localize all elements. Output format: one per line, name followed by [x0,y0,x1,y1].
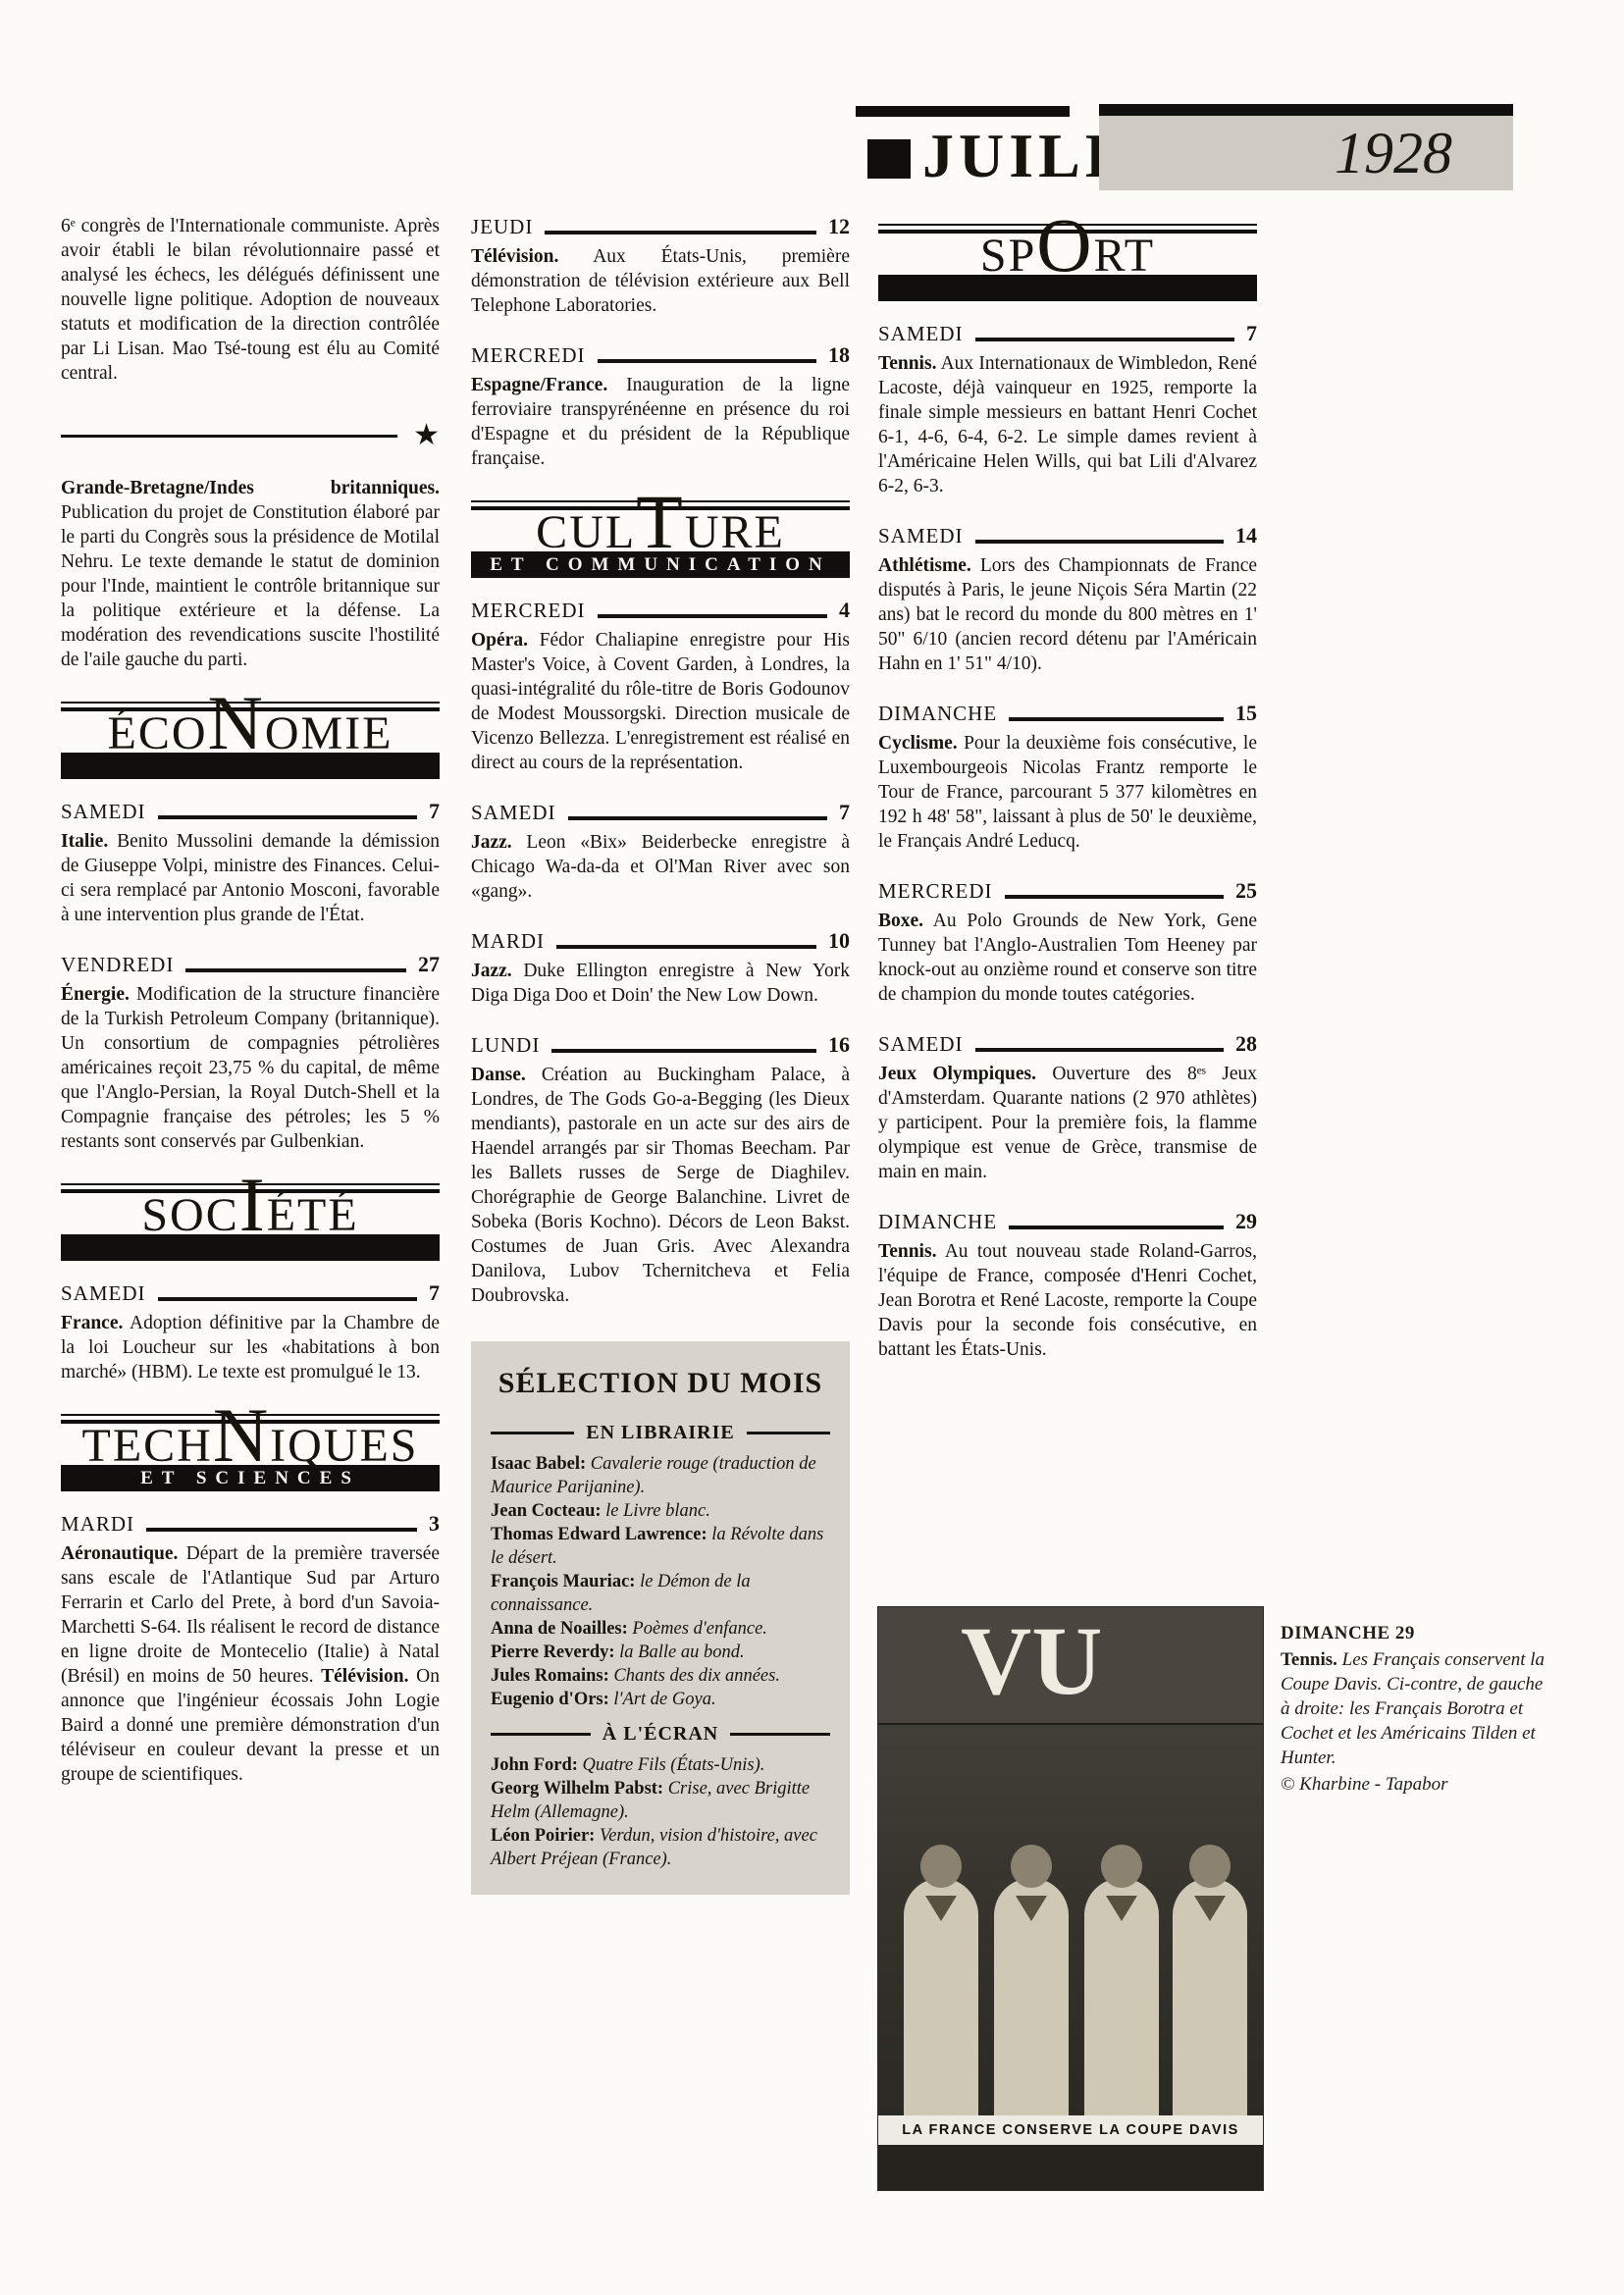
section-subtitle: ET COMMUNICATION [490,555,831,574]
column-3: SPORT SAMEDI 7 Tennis. Aux Internationau… [878,224,1257,1386]
entry-day-number: 10 [828,928,850,954]
entry-rule [1009,717,1224,721]
selection-title: SÉLECTION DU MOIS [491,1367,830,1400]
entry-lead: Espagne/France. [471,375,607,395]
selection-subheader-ecran: À L'ÉCRAN [491,1723,830,1746]
entry-lead: Grande-Bretagne/Indes britanniques. [61,478,440,498]
entry-rule [545,231,816,235]
book-list-item: François Mauriac: le Démon de la connais… [491,1570,830,1617]
entry-lead: France. [61,1313,123,1333]
section-header-techniques: TECHNIQUES ET SCIENCES [61,1414,440,1491]
event-entry: DIMANCHE 15 Cyclisme. Pour la deuxième f… [878,701,1257,854]
entry-day-number: 7 [429,1280,440,1306]
entry-lead: Cyclisme. [878,733,958,754]
entry-lead: Tennis. [878,1241,936,1262]
entry-rule [146,1528,417,1532]
entry-rule [551,1049,816,1053]
entry-text: Création au Buckingham Palace, à Londres… [471,1065,850,1306]
entry-text: Aux Internationaux de Wimbledon, René La… [878,353,1257,496]
entry-text: Fédor Chaliapine enregistre pour His Mas… [471,630,850,773]
entry-day-number: 27 [418,952,440,977]
subheader-rule [747,1432,830,1434]
photo-image-area [878,1725,1263,2115]
entry-rule [975,1048,1224,1052]
event-entry: LUNDI 16 Danse. Création au Buckingham P… [471,1032,850,1308]
square-bullet-icon [867,139,911,179]
entry-lead: Télévision. [471,246,558,267]
event-entry: SAMEDI 7 France. Adoption définitive par… [61,1280,440,1384]
entry-lead: Jazz. [471,832,512,853]
entry-day: VENDREDI [61,953,174,977]
entry-day: SAMEDI [878,322,964,346]
photo-credit: © Kharbine - Tapabor [1281,1772,1553,1797]
entry-day-number: 16 [828,1032,850,1058]
entry-text: Duke Ellington enregistre à New York Dig… [471,961,850,1006]
entry-lead: Énergie. [61,984,130,1005]
entry-lead: Boxe. [878,911,923,931]
event-entry: MERCREDI 18 Espagne/France. Inauguration… [471,342,850,471]
entry-rule [598,614,827,618]
entry-rule [1005,895,1224,899]
section-header-culture: CULTURE ET COMMUNICATION [471,500,850,578]
entry-day: SAMEDI [471,801,556,825]
entry-rule [158,1297,417,1301]
year-badge: 1928 [1099,104,1513,190]
section-header-societe: SOCIÉTÉ [61,1183,440,1261]
entry-lead: Opéra. [471,630,528,651]
entry-rule [185,968,406,972]
entry-text: Modification de la structure financière … [61,984,440,1152]
magazine-masthead: VU [878,1607,1263,1725]
entry-rule [568,816,827,820]
section-title: SOCIÉTÉ [61,1179,440,1234]
caption-day: DIMANCHE 29 [1281,1621,1553,1645]
year-label: 1928 [1335,124,1452,183]
entry-day-number: 12 [828,214,850,239]
section-title: CULTURE [471,496,850,551]
entry-lead: Danse. [471,1065,526,1085]
intro-paragraph: 6ᵉ congrès de l'Internationale communist… [61,214,440,386]
entry-day-number: 15 [1235,701,1257,726]
entry-day: MARDI [61,1512,134,1537]
book-list-item: Isaac Babel: Cavalerie rouge (traduction… [491,1452,830,1499]
book-list-item: Jules Romains: Chants des dix années. [491,1664,830,1688]
news-photo: VU LA FRANCE CONSERVE LA COUPE DAVIS [878,1607,1263,2190]
column-1: 6ᵉ congrès de l'Internationale communist… [61,214,440,1811]
entry-day-number: 28 [1235,1031,1257,1057]
event-entry: SAMEDI 28 Jeux Olympiques. Ouverture des… [878,1031,1257,1184]
entry-lead: Aéronautique. [61,1543,178,1564]
entry-day-number: 4 [839,598,850,623]
entry-day: DIMANCHE [878,702,997,726]
entry-day: MARDI [471,929,545,954]
event-entry: JEUDI 12 Télévision. Aux États-Unis, pre… [471,214,850,318]
figure-silhouette [1084,1878,1159,2115]
selection-du-mois-box: SÉLECTION DU MOIS EN LIBRAIRIE Isaac Bab… [471,1341,850,1895]
subheader-rule [730,1733,830,1736]
entry-day-number: 3 [429,1511,440,1537]
event-entry: MARDI 10 Jazz. Duke Ellington enregistre… [471,928,850,1008]
entry-day: SAMEDI [61,1281,146,1306]
film-list-item: John Ford: Quatre Fils (États-Unis). [491,1753,830,1777]
photo-caption: DIMANCHE 29 Tennis. Les Français conserv… [1281,1621,1553,1797]
event-entry: VENDREDI 27 Énergie. Modification de la … [61,952,440,1154]
book-list-item: Anna de Noailles: Poèmes d'enfance. [491,1617,830,1641]
event-entry: DIMANCHE 29 Tennis. Au tout nouveau stad… [878,1209,1257,1362]
figure-silhouette [1173,1878,1247,2115]
entry-day: SAMEDI [878,1032,964,1057]
entry-rule [556,945,816,949]
event-entry: MERCREDI 25 Boxe. Au Polo Grounds de New… [878,878,1257,1007]
entry-lead: Athlétisme. [878,555,971,576]
entry-text: Au Polo Grounds de New York, Gene Tunney… [878,911,1257,1005]
event-entry: SAMEDI 14 Athlétisme. Lors des Championn… [878,523,1257,676]
section-title: ÉCONOMIE [61,698,440,753]
subheader-rule [491,1432,574,1434]
entry-lead: Jazz. [471,961,512,981]
event-entry: SAMEDI 7 Tennis. Aux Internationaux de W… [878,321,1257,498]
entry-day-number: 7 [839,800,850,825]
entry-day: SAMEDI [61,800,146,824]
star-separator: ★ [61,421,440,450]
chronicle-page: JUILLE T 1928 6ᵉ congrès de l'Internatio… [0,0,1624,2295]
photo-bottom-band [878,2145,1263,2190]
column-2: JEUDI 12 Télévision. Aux États-Unis, pre… [471,214,850,1895]
entry-day: MERCREDI [878,879,993,904]
entry-day-number: 7 [1246,321,1257,346]
entry-day-number: 18 [828,342,850,368]
entry-day: MERCREDI [471,599,586,623]
section-subtitle: ET SCIENCES [140,1469,360,1487]
event-entry: SAMEDI 7 Italie. Benito Mussolini demand… [61,799,440,927]
entry-day: SAMEDI [878,524,964,548]
entry-lead: Italie. [61,831,108,852]
section-header-sport: SPORT [878,224,1257,301]
entry-day: JEUDI [471,215,533,239]
entry-lead: Jeux Olympiques. [878,1064,1036,1084]
star-icon: ★ [413,421,440,450]
figure-silhouette [904,1878,978,2115]
entry-day: LUNDI [471,1033,540,1058]
entry-rule [598,359,816,363]
book-list-item: Jean Cocteau: le Livre blanc. [491,1499,830,1523]
entry-day-number: 25 [1235,878,1257,904]
entry-lead: Tennis. [878,353,936,374]
section-bar: ET COMMUNICATION [471,551,850,578]
caption-lead: Tennis. [1281,1649,1337,1670]
entry-day-number: 7 [429,799,440,824]
entry-text: Publication du projet de Constitution él… [61,502,440,670]
entry-rule [158,815,417,819]
section-title: TECHNIQUES [61,1410,440,1465]
event-entry: Grande-Bretagne/Indes britanniques. Publ… [61,476,440,672]
entry-rule [975,338,1234,341]
entry-text: Benito Mussolini demande la démission de… [61,831,440,925]
entry-lead: Télévision. [321,1666,408,1687]
separator-rule [61,435,397,438]
book-list-item: Pierre Reverdy: la Balle au bond. [491,1641,830,1664]
entry-day: DIMANCHE [878,1210,997,1234]
film-list-item: Léon Poirier: Verdun, vision d'histoire,… [491,1824,830,1871]
subheader-rule [491,1733,591,1736]
entry-text: Leon «Bix» Beiderbecke enregistre à Chic… [471,832,850,902]
book-list-item: Thomas Edward Lawrence: la Révolte dans … [491,1523,830,1570]
photo-headline-strip: LA FRANCE CONSERVE LA COUPE DAVIS [878,2115,1263,2145]
entry-day-number: 14 [1235,523,1257,548]
event-entry: SAMEDI 7 Jazz. Leon «Bix» Beiderbecke en… [471,800,850,904]
entry-day: MERCREDI [471,343,586,368]
magazine-logo: VU [961,1609,1102,1712]
entry-rule [1009,1226,1224,1229]
event-entry: MERCREDI 4 Opéra. Fédor Chaliapine enreg… [471,598,850,775]
section-title: SPORT [878,220,1257,275]
entry-rule [975,540,1224,544]
section-header-economie: ÉCONOMIE [61,702,440,779]
selection-subheader-librairie: EN LIBRAIRIE [491,1422,830,1444]
entry-day-number: 29 [1235,1209,1257,1234]
event-entry: MARDI 3 Aéronautique. Départ de la premi… [61,1511,440,1787]
film-list-item: Georg Wilhelm Pabst: Crise, avec Brigitt… [491,1777,830,1824]
figure-silhouette [994,1878,1069,2115]
book-list-item: Eugenio d'Ors: l'Art de Goya. [491,1688,830,1711]
